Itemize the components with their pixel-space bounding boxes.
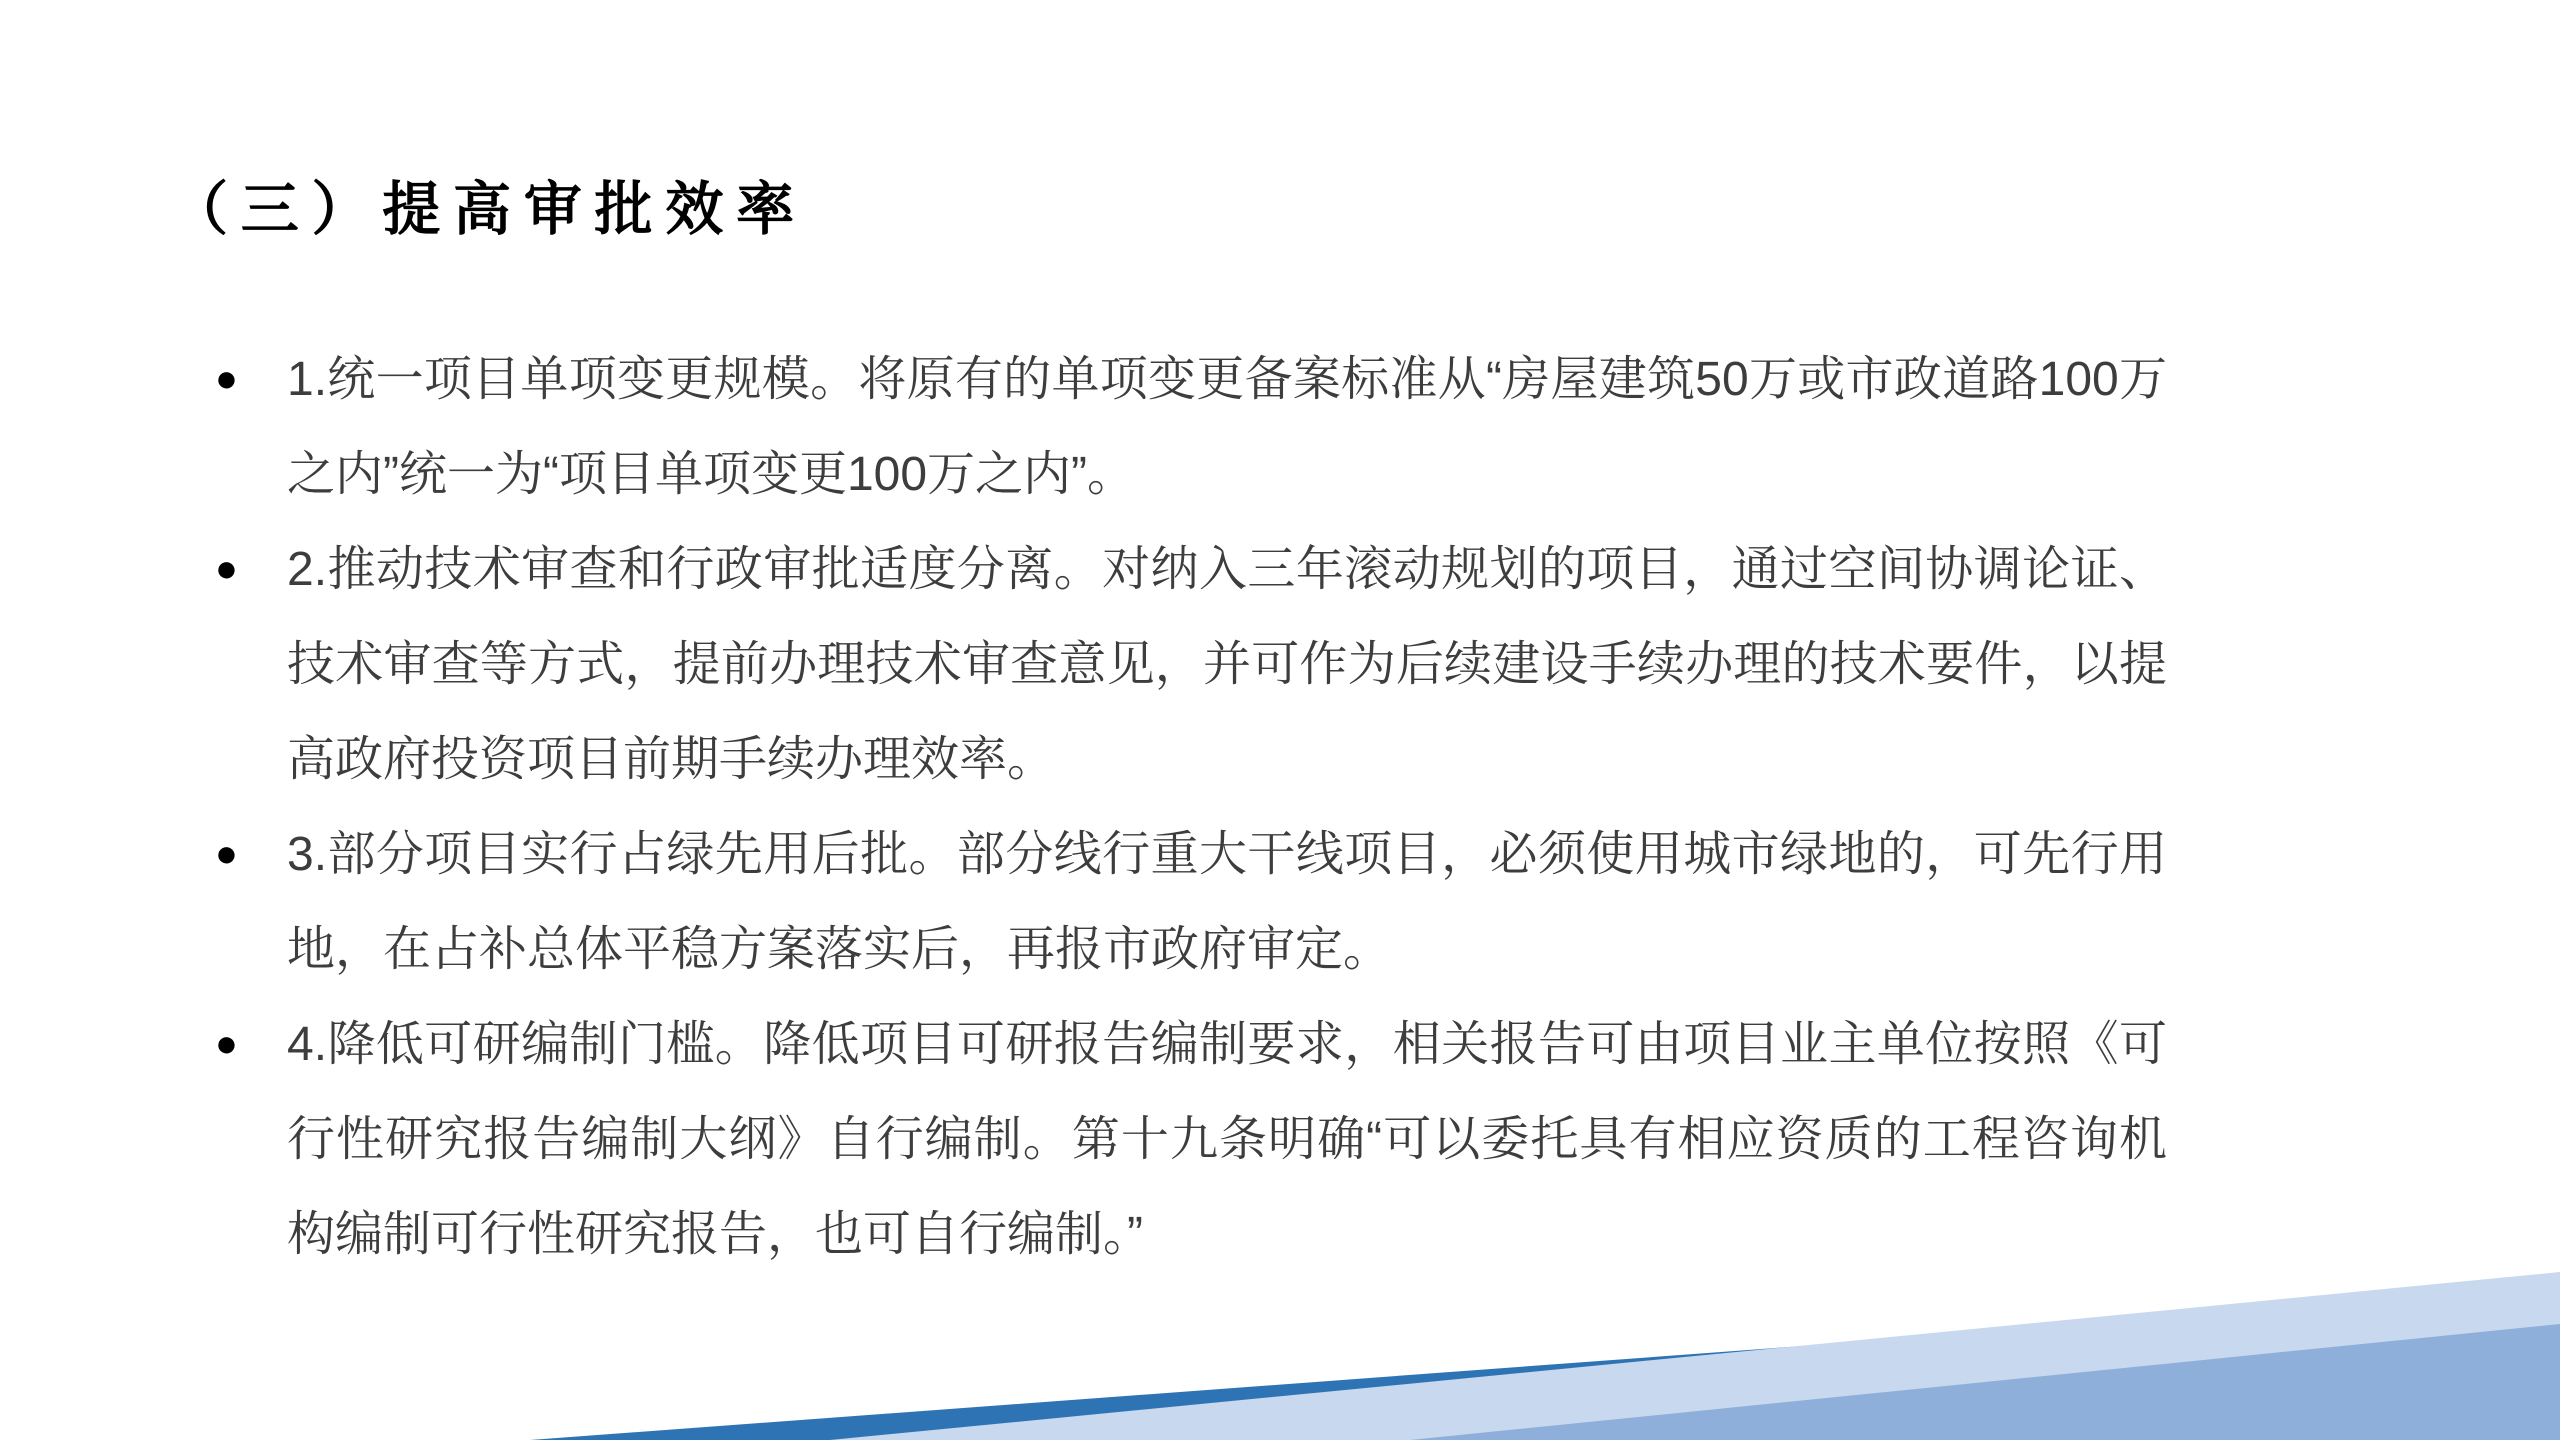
list-item: ● 4.降低可研编制门槛。降低项目可研报告编制要求，相关报告可由项目业主单位按照… <box>215 997 2167 1282</box>
ribbon-dark-stripe <box>530 1290 2560 1440</box>
list-item: ● 2.推动技术审查和行政审批适度分离。对纳入三年滚动规划的项目，通过空间协调论… <box>215 522 2167 807</box>
slide-title: （三）提高审批效率 <box>170 162 807 246</box>
list-item: ● 1.统一项目单项变更规模。将原有的单项变更备案标准从“房屋建筑50万或市政道… <box>215 332 2167 522</box>
bullet-icon: ● <box>215 997 265 1092</box>
list-item: ● 3.部分项目实行占绿先用后批。部分线行重大干线项目，必须使用城市绿地的，可先… <box>215 807 2167 997</box>
ribbon-medium-stripe <box>1410 1324 2560 1440</box>
bullet-text: 2.推动技术审查和行政审批适度分离。对纳入三年滚动规划的项目，通过空间协调论证、… <box>287 543 2167 786</box>
bullet-text: 1.统一项目单项变更规模。将原有的单项变更备案标准从“房屋建筑50万或市政道路1… <box>287 353 2167 501</box>
bullet-icon: ● <box>215 332 265 427</box>
bullet-text: 4.降低可研编制门槛。降低项目可研报告编制要求，相关报告可由项目业主单位按照《可… <box>287 1018 2167 1261</box>
bullet-icon: ● <box>215 522 265 617</box>
ribbon-light-stripe <box>830 1272 2560 1440</box>
bullet-icon: ● <box>215 807 265 902</box>
bullet-text: 3.部分项目实行占绿先用后批。部分线行重大干线项目，必须使用城市绿地的，可先行用… <box>287 828 2167 976</box>
presentation-slide: （三）提高审批效率 ● 1.统一项目单项变更规模。将原有的单项变更备案标准从“房… <box>0 0 2560 1440</box>
bullet-list: ● 1.统一项目单项变更规模。将原有的单项变更备案标准从“房屋建筑50万或市政道… <box>215 332 2165 1282</box>
